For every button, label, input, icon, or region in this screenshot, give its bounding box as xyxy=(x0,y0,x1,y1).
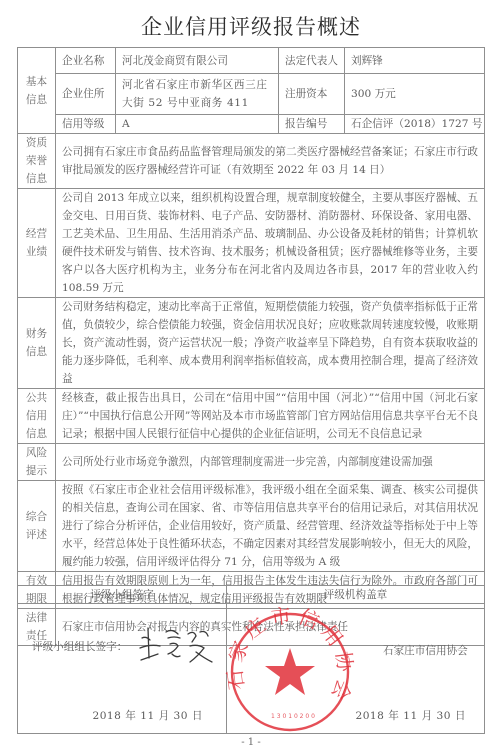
legal-rep-value: 刘辉锋 xyxy=(345,48,485,74)
section-label-line: 经营 xyxy=(24,225,49,243)
section-label-line: 提示 xyxy=(24,462,49,480)
address-value: 河北省石家庄市新华区西三庄大街 52 号中亚商务 411 xyxy=(116,74,279,115)
agency-seal-cell: 石家庄市信用协会 1 3 0 1 0 2 0 0 石家庄市信用协会 2018 年… xyxy=(227,604,485,734)
section-label-line: 综合 xyxy=(24,508,49,526)
handwritten-signature-icon xyxy=(136,624,216,666)
registered-capital-label: 注册资本 xyxy=(279,74,345,115)
section-label-business: 经营 业绩 xyxy=(18,189,56,298)
public-credit-text: 经核查，截止报告出具日，公司在“信用中国”“信用中国（河北）”“信用中国（河北石… xyxy=(56,389,485,444)
finance-text: 公司财务结构稳定，速动比率高于正常值，短期偿债能力较强，资产负债率指标低于正常值… xyxy=(56,298,485,389)
agency-seal-header: 评级机构盖章 xyxy=(227,586,485,604)
company-name-label: 企业名称 xyxy=(56,48,116,74)
section-label-basic-info: 基本 信息 xyxy=(18,48,56,134)
page-number: - 1 - xyxy=(0,737,502,748)
report-no-label: 报告编号 xyxy=(279,115,345,134)
section-label-line: 信息 xyxy=(24,91,49,109)
team-leader-label: 评级小组组长签字： xyxy=(32,638,127,656)
section-label-line: 财务 xyxy=(24,325,49,343)
agency-name: 石家庄市信用协会 xyxy=(383,642,468,660)
company-name-value: 河北茂金商贸有限公司 xyxy=(116,48,279,74)
section-label-line: 基本 xyxy=(24,73,49,91)
document-title: 企业信用评级报告概述 xyxy=(0,11,502,41)
svg-text:1 3 0 1 0 2 0 0: 1 3 0 1 0 2 0 0 xyxy=(271,713,315,720)
section-label-line: 风险 xyxy=(24,444,49,462)
legal-rep-label: 法定代表人 xyxy=(279,48,345,74)
signature-table: 评级小组签字 评级机构盖章 评级小组组长签字： xyxy=(17,585,485,734)
team-signature-header: 评级小组签字 xyxy=(18,586,227,604)
registered-capital-value: 300 万元 xyxy=(345,74,485,115)
risk-text: 公司所处行业市场竞争激烈，内部管理制度需进一步完善，内部制度建设需加强 xyxy=(56,444,485,481)
official-seal-icon: 石家庄市信用协会 1 3 0 1 0 2 0 0 xyxy=(225,606,355,736)
section-label-line: 信息 xyxy=(24,170,49,188)
credit-grade-value: A xyxy=(116,115,279,134)
section-label-line: 评述 xyxy=(24,526,49,544)
business-performance-text: 公司自 2013 年成立以来，组织机构设置合理，规章制度较健全，主要从事医疗器械… xyxy=(56,189,485,298)
section-label-line: 资质 xyxy=(24,134,49,152)
section-label-line: 公共 xyxy=(24,389,49,407)
section-label-line: 信用 xyxy=(24,407,49,425)
section-label-summary: 综合 评述 xyxy=(18,481,56,572)
section-label-line: 荣誉 xyxy=(24,152,49,170)
summary-text: 按照《石家庄市企业社会信用评级标准》，我评级小组在全面采集、调查、核实公司提供的… xyxy=(56,481,485,572)
qualification-text: 公司拥有石家庄市食品药品监督管理局颁发的第二类医疗器械经营备案证；石家庄市行政审… xyxy=(56,134,485,189)
team-signature-date: 2018 年 11 月 30 日 xyxy=(92,707,203,725)
section-label-qualification: 资质 荣誉 信息 xyxy=(18,134,56,189)
report-no-value: 石企信评（2018）1727 号 xyxy=(345,115,485,134)
address-label: 企业住所 xyxy=(56,74,116,115)
section-label-risk: 风险 提示 xyxy=(18,444,56,481)
report-summary-table: 基本 信息 企业名称 河北茂金商贸有限公司 法定代表人 刘辉锋 企业住所 河北省… xyxy=(17,47,485,646)
section-label-line: 信息 xyxy=(24,425,49,443)
section-label-line: 信息 xyxy=(24,343,49,361)
section-label-finance: 财务 信息 xyxy=(18,298,56,389)
agency-seal-date: 2018 年 11 月 30 日 xyxy=(355,707,466,725)
team-signature-cell: 评级小组组长签字： xyxy=(18,604,227,734)
section-label-public-credit: 公共 信用 信息 xyxy=(18,389,56,444)
section-label-line: 业绩 xyxy=(24,243,49,261)
credit-grade-label: 信用等级 xyxy=(56,115,116,134)
